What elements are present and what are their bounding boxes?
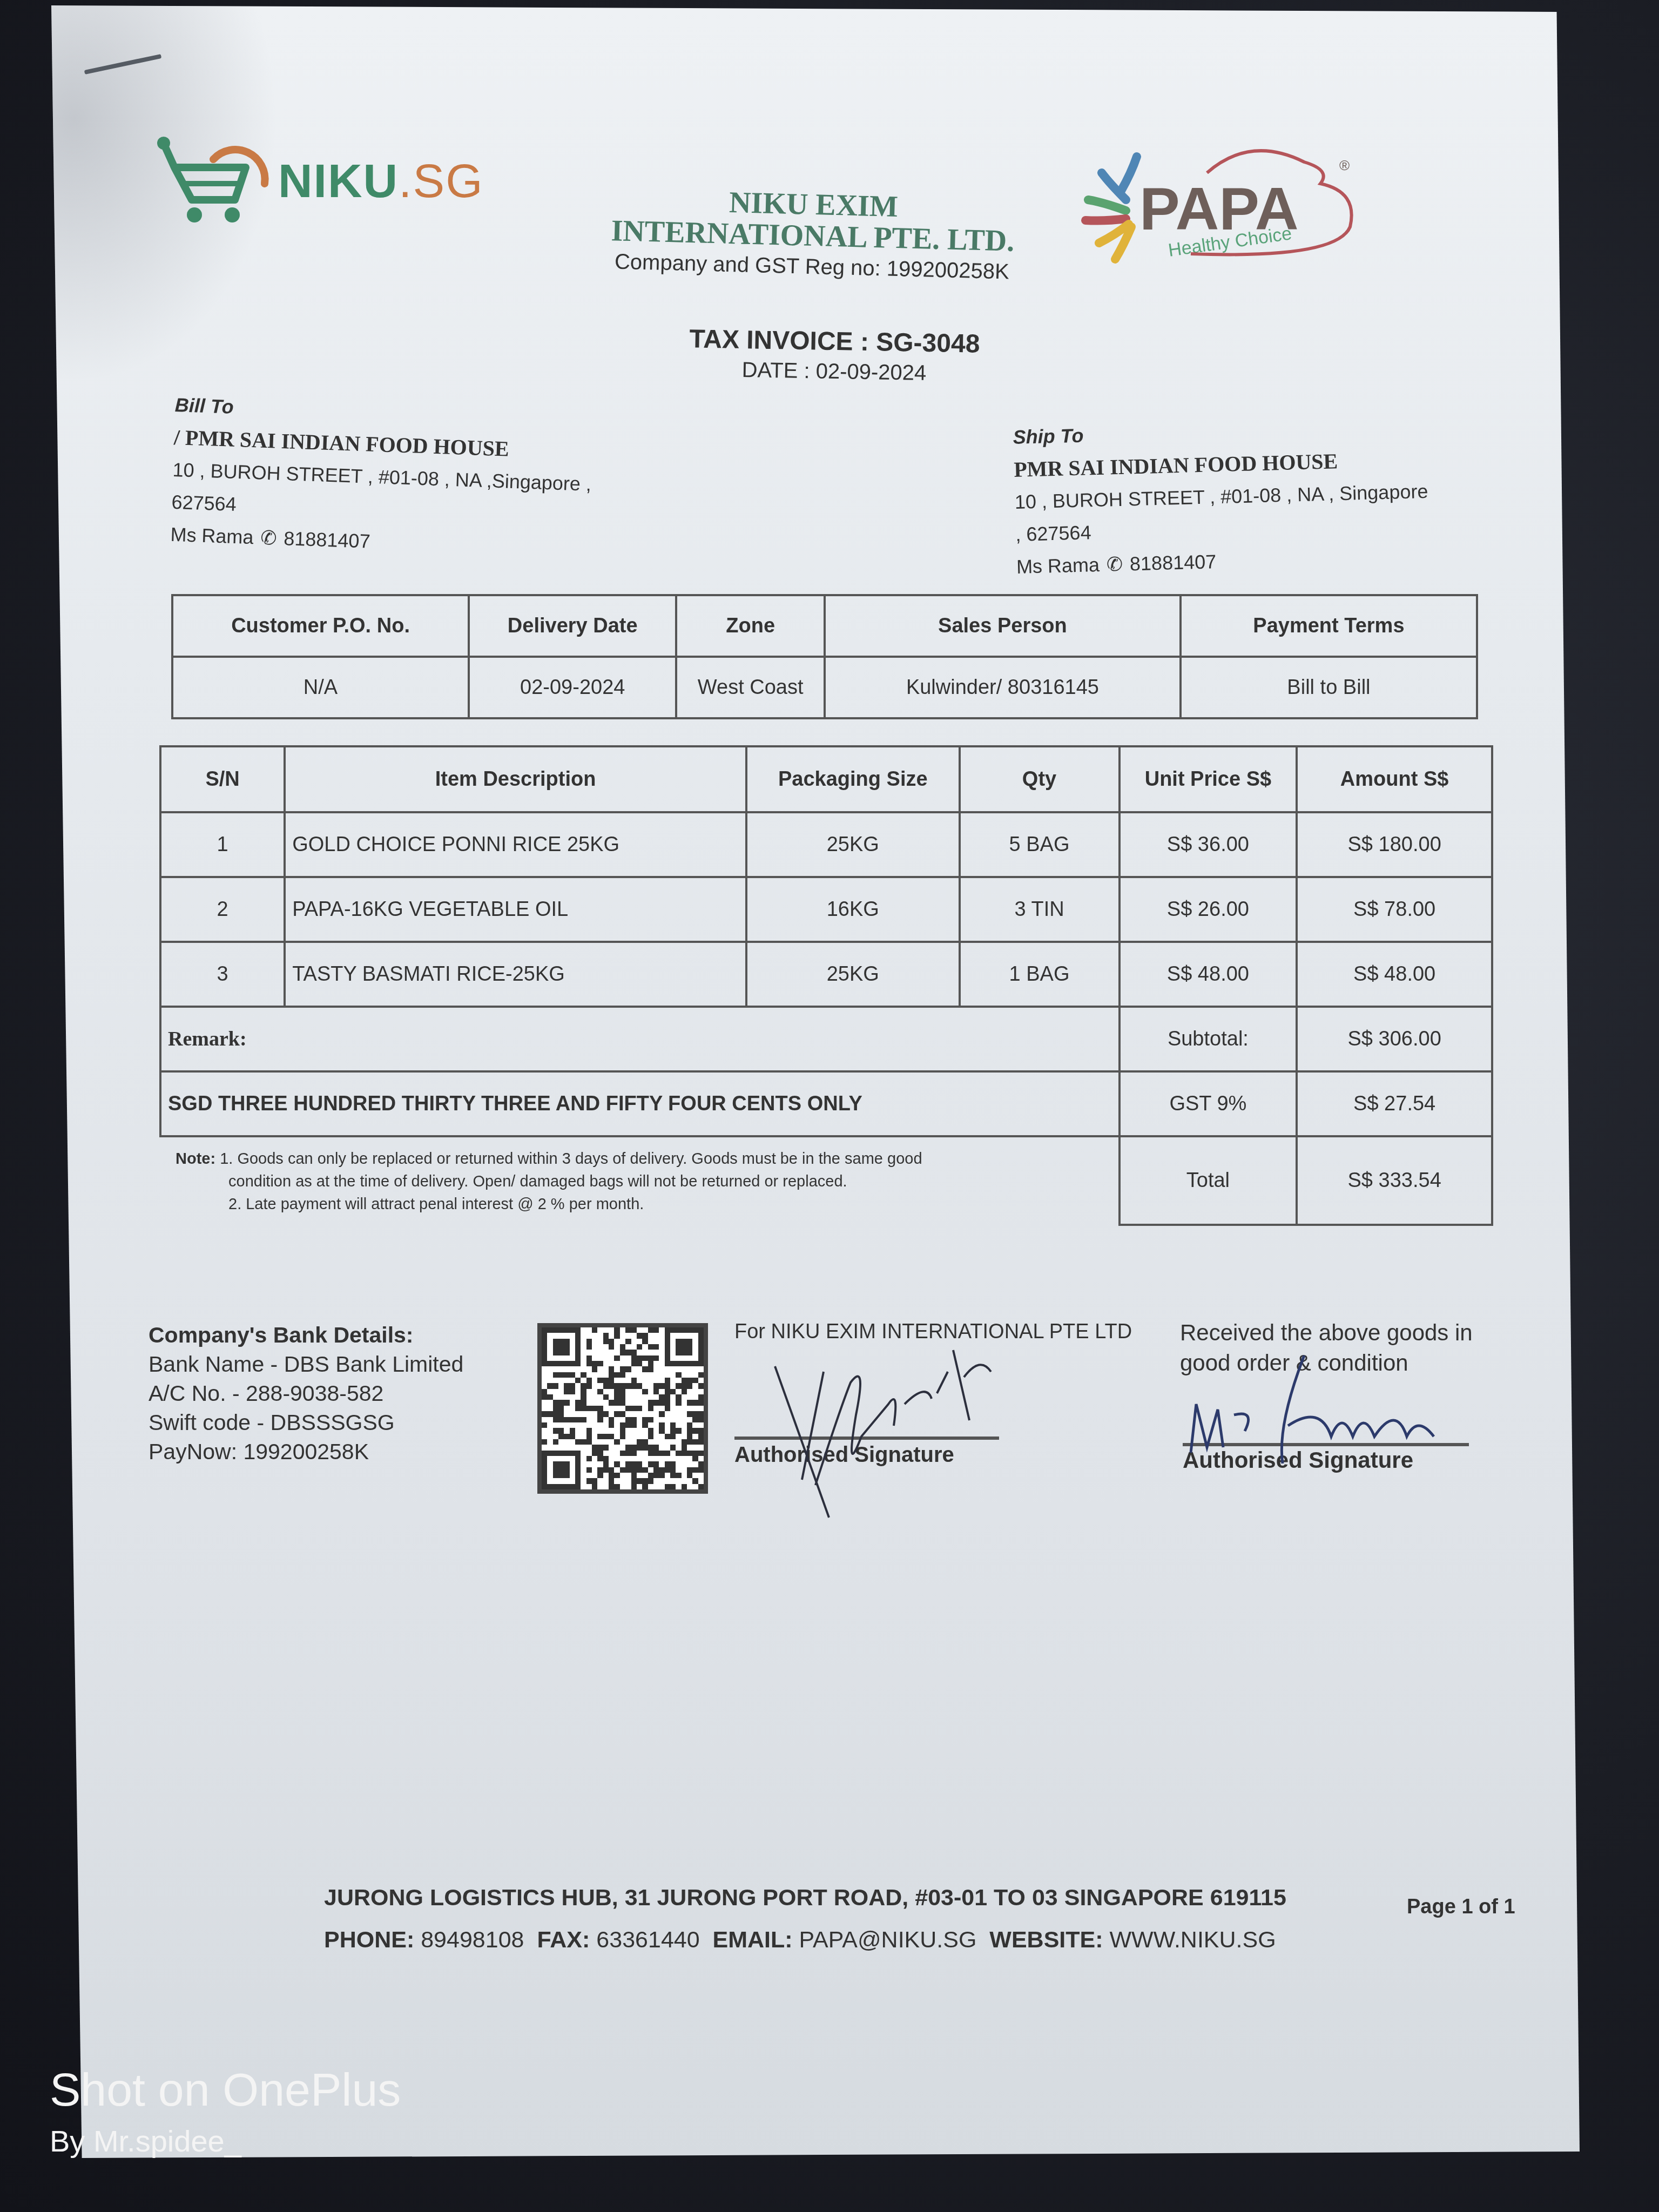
item-qty: 1 BAG <box>960 942 1120 1007</box>
bank-details: Company's Bank Details: Bank Name - DBS … <box>149 1320 463 1466</box>
po-number: N/A <box>172 657 469 718</box>
item-sn: 2 <box>160 877 285 942</box>
subtotal-value: S$ 306.00 <box>1297 1007 1492 1071</box>
page-number: Page 1 of 1 <box>1407 1896 1515 1919</box>
footer-email[interactable]: PAPA@NIKU.SG <box>799 1927 977 1953</box>
phone-icon: ✆ <box>258 522 279 555</box>
item-description: TASTY BASMATI RICE-25KG <box>285 942 746 1007</box>
watermark-line2: By Mr.spidee_ <box>50 2123 401 2159</box>
order-info-value-row: N/A 02-09-2024 West Coast Kulwinder/ 803… <box>172 657 1477 718</box>
remark-label: Remark: <box>160 1007 1120 1071</box>
company-header: NIKU EXIM INTERNATIONAL PTE. LTD. Compan… <box>563 183 1062 286</box>
footer-address: JURONG LOGISTICS HUB, 31 JURONG PORT ROA… <box>324 1877 1286 1919</box>
col-header: Zone <box>676 595 825 657</box>
item-unit-price: S$ 36.00 <box>1120 812 1297 877</box>
company-footer: JURONG LOGISTICS HUB, 31 JURONG PORT ROA… <box>324 1877 1286 1961</box>
item-amount: S$ 48.00 <box>1297 942 1492 1007</box>
col-header: Item Description <box>285 746 746 812</box>
niku-logo: NIKU.SG <box>154 135 484 227</box>
invoice-date: DATE : 02-09-2024 <box>618 356 1050 388</box>
table-row: 1 GOLD CHOICE PONNI RICE 25KG 25KG 5 BAG… <box>160 812 1492 877</box>
gst-value: S$ 27.54 <box>1297 1071 1492 1136</box>
col-header: Unit Price S$ <box>1120 746 1297 812</box>
item-amount: S$ 180.00 <box>1297 812 1492 877</box>
footer-website[interactable]: WWW.NIKU.SG <box>1110 1927 1276 1953</box>
receiver-statement: Received the above goods in good order &… <box>1180 1318 1473 1378</box>
zone: West Coast <box>676 657 825 718</box>
note-1-cont: condition as at the time of delivery. Op… <box>176 1170 1094 1193</box>
total-value: S$ 333.54 <box>1297 1136 1492 1225</box>
table-row: 3 TASTY BASMATI RICE-25KG 25KG 1 BAG S$ … <box>160 942 1492 1007</box>
col-header: S/N <box>160 746 285 812</box>
items-header-row: S/N Item Description Packaging Size Qty … <box>160 746 1492 812</box>
subtotal-row: Remark: Subtotal: S$ 306.00 <box>160 1007 1492 1071</box>
papa-logo: PAPA Healthy Choice ® <box>1077 140 1380 275</box>
paynow-qr-code[interactable] <box>537 1323 708 1494</box>
phone-icon: ✆ <box>1104 548 1125 581</box>
receiver-signature-label: Authorised Signature <box>1183 1447 1413 1473</box>
gst-row: SGD THREE HUNDRED THIRTY THREE AND FIFTY… <box>160 1071 1492 1136</box>
amount-in-words: SGD THREE HUNDRED THIRTY THREE AND FIFTY… <box>160 1071 1120 1136</box>
note-label: Note: <box>176 1150 215 1168</box>
col-header: Delivery Date <box>469 595 676 657</box>
receiver-signature-line <box>1183 1443 1469 1446</box>
col-header: Payment Terms <box>1181 595 1477 657</box>
order-info-table: Customer P.O. No. Delivery Date Zone Sal… <box>171 594 1478 719</box>
item-sn: 1 <box>160 812 285 877</box>
invoice-title-block: TAX INVOICE : SG-3048 DATE : 02-09-2024 <box>618 323 1051 388</box>
item-qty: 3 TIN <box>960 877 1120 942</box>
bank-account: A/C No. - 288-9038-582 <box>149 1379 463 1408</box>
item-packaging: 16KG <box>746 877 960 942</box>
issuer-signature-line <box>734 1437 999 1440</box>
shopping-cart-icon <box>154 135 278 227</box>
col-header: Qty <box>960 746 1120 812</box>
total-label: Total <box>1120 1136 1297 1225</box>
note-1: 1. Goods can only be replaced or returne… <box>220 1150 922 1168</box>
item-unit-price: S$ 48.00 <box>1120 942 1297 1007</box>
item-description: GOLD CHOICE PONNI RICE 25KG <box>285 812 746 877</box>
item-sn: 3 <box>160 942 285 1007</box>
col-header: Customer P.O. No. <box>172 595 469 657</box>
footer-contact-row: PHONE: 89498108 FAX: 63361440 EMAIL: PAP… <box>324 1919 1286 1961</box>
table-row: 2 PAPA-16KG VEGETABLE OIL 16KG 3 TIN S$ … <box>160 877 1492 942</box>
bank-heading: Company's Bank Details: <box>149 1320 463 1350</box>
item-description: PAPA-16KG VEGETABLE OIL <box>285 877 746 942</box>
issuer-company-label: For NIKU EXIM INTERNATIONAL PTE LTD <box>734 1320 1132 1344</box>
bank-paynow: PayNow: 199200258K <box>149 1437 463 1466</box>
order-info-header-row: Customer P.O. No. Delivery Date Zone Sal… <box>172 595 1477 657</box>
delivery-date: 02-09-2024 <box>469 657 676 718</box>
svg-text:®: ® <box>1339 157 1350 173</box>
item-unit-price: S$ 26.00 <box>1120 877 1297 942</box>
sales-person: Kulwinder/ 80316145 <box>825 657 1181 718</box>
watermark-line1: Shot on OnePlus <box>50 2063 401 2117</box>
subtotal-label: Subtotal: <box>1120 1007 1297 1071</box>
payment-terms: Bill to Bill <box>1181 657 1477 718</box>
item-packaging: 25KG <box>746 812 960 877</box>
bank-swift: Swift code - DBSSSGSG <box>149 1408 463 1437</box>
invoice-number: TAX INVOICE : SG-3048 <box>618 323 1051 360</box>
issuer-signature-label: Authorised Signature <box>734 1443 954 1467</box>
item-qty: 5 BAG <box>960 812 1120 877</box>
bank-name: Bank Name - DBS Bank Limited <box>149 1350 463 1379</box>
camera-watermark: Shot on OnePlus By Mr.spidee_ <box>50 2063 401 2159</box>
issuer-signature-icon <box>764 1339 1067 1545</box>
niku-wordmark: NIKU.SG <box>278 153 484 208</box>
bill-to-block: Bill To / PMR SAI INDIAN FOOD HOUSE 10 ,… <box>170 389 662 568</box>
ship-to-block: Ship To PMR SAI INDIAN FOOD HOUSE 10 , B… <box>1013 409 1492 583</box>
invoice-paper: NIKU.SG NIKU EXIM INTERNATIONAL PTE. LTD… <box>51 5 1580 2160</box>
gst-label: GST 9% <box>1120 1071 1297 1136</box>
item-packaging: 25KG <box>746 942 960 1007</box>
col-header: Packaging Size <box>746 746 960 812</box>
col-header: Amount S$ <box>1297 746 1492 812</box>
note-2: 2. Late payment will attract penal inter… <box>176 1193 1094 1216</box>
terms-notes: Note: 1. Goods can only be replaced or r… <box>176 1148 1094 1216</box>
item-amount: S$ 78.00 <box>1297 877 1492 942</box>
col-header: Sales Person <box>825 595 1181 657</box>
